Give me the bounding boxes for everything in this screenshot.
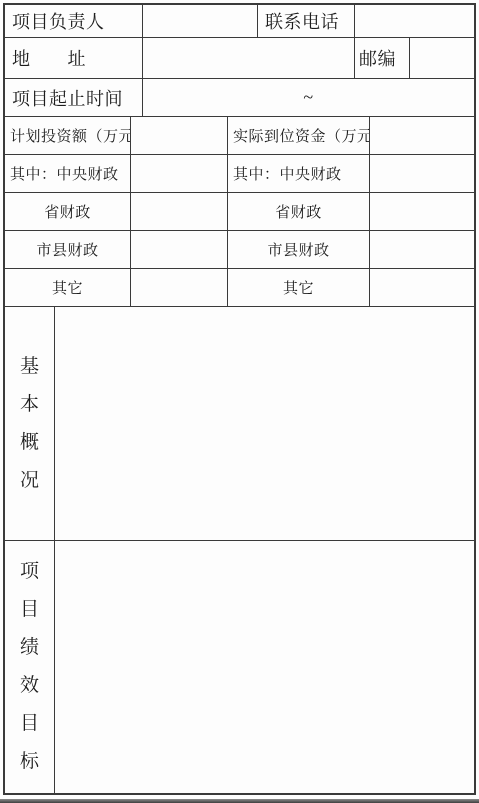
provincial-finance-left-label: 省财政: [5, 193, 131, 230]
row-leader-phone: 项目负责人 联系电话: [5, 5, 474, 38]
address-value-cell: [143, 38, 355, 78]
other-funding-right-label: 其它: [228, 269, 370, 306]
row-provincial-finance: 省财政 省财政: [5, 193, 474, 231]
row-other-funding: 其它 其它: [5, 269, 474, 307]
city-county-finance-left-label: 市县财政: [5, 231, 131, 268]
duration-label: 项目起止时间: [5, 79, 143, 116]
section-basic-overview: 基本概况: [5, 307, 474, 541]
phone-label: 联系电话: [258, 5, 355, 37]
postcode-label: 邮编: [355, 38, 410, 78]
central-finance-right-value-cell: [370, 155, 474, 192]
postcode-value-cell: [410, 38, 474, 78]
central-finance-left-value-cell: [131, 155, 228, 192]
performance-goals-content-cell: [55, 541, 474, 793]
scan-edge-shadow: [0, 799, 479, 803]
basic-overview-label: 基本概况: [19, 348, 40, 500]
other-funding-right-value-cell: [370, 269, 474, 306]
planned-investment-value-cell: [131, 117, 228, 154]
row-address-postcode: 地 址 邮编: [5, 38, 474, 79]
other-funding-left-label: 其它: [5, 269, 131, 306]
provincial-finance-right-label: 省财政: [228, 193, 370, 230]
provincial-finance-right-value-cell: [370, 193, 474, 230]
city-county-finance-right-label: 市县财政: [228, 231, 370, 268]
phone-value-cell: [355, 5, 474, 37]
project-form-table: 项目负责人 联系电话 地 址 邮编 项目起止时间 ~ 计划投资额（万元） 实际到…: [3, 3, 476, 795]
address-label: 地 址: [5, 38, 143, 78]
leader-value-cell: [143, 5, 258, 37]
basic-overview-label-cell: 基本概况: [5, 307, 55, 540]
row-central-finance: 其中：中央财政 其中：中央财政: [5, 155, 474, 193]
provincial-finance-left-value-cell: [131, 193, 228, 230]
duration-value-cell: ~: [143, 79, 474, 116]
performance-goals-label: 项目绩效目标: [19, 553, 40, 781]
row-duration: 项目起止时间 ~: [5, 79, 474, 117]
row-funding-header: 计划投资额（万元） 实际到位资金（万元）: [5, 117, 474, 155]
actual-funds-label: 实际到位资金（万元）: [228, 117, 370, 154]
section-performance-goals: 项目绩效目标: [5, 541, 474, 793]
performance-goals-label-cell: 项目绩效目标: [5, 541, 55, 793]
scanned-form-page: 项目负责人 联系电话 地 址 邮编 项目起止时间 ~ 计划投资额（万元） 实际到…: [0, 0, 479, 803]
central-finance-right-label: 其中：中央财政: [228, 155, 370, 192]
central-finance-left-label: 其中：中央财政: [5, 155, 131, 192]
actual-funds-value-cell: [370, 117, 474, 154]
planned-investment-label: 计划投资额（万元）: [5, 117, 131, 154]
other-funding-left-value-cell: [131, 269, 228, 306]
city-county-finance-right-value-cell: [370, 231, 474, 268]
row-city-county-finance: 市县财政 市县财政: [5, 231, 474, 269]
city-county-finance-left-value-cell: [131, 231, 228, 268]
leader-label: 项目负责人: [5, 5, 143, 37]
basic-overview-content-cell: [55, 307, 474, 540]
